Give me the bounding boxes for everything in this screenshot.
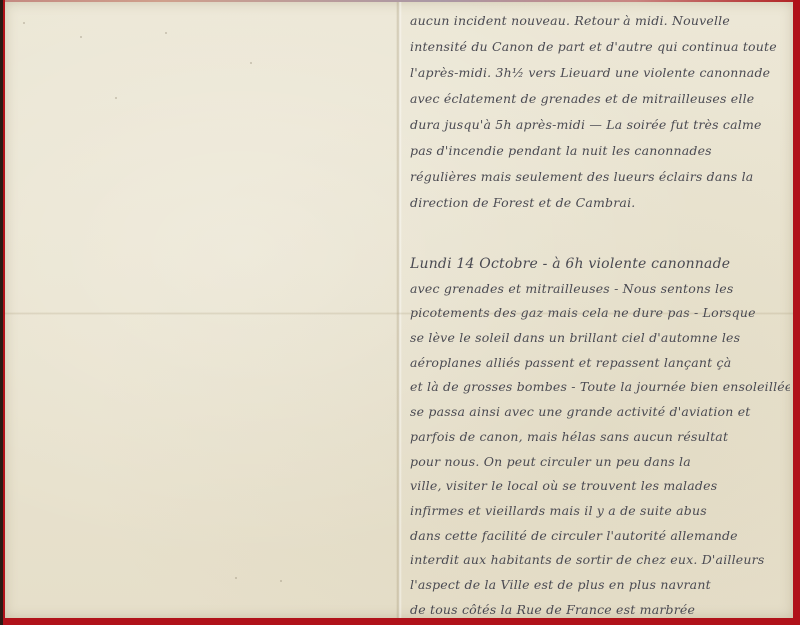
paper-speck — [115, 97, 117, 99]
paper-speck — [23, 22, 25, 24]
handwritten-line: l'aspect de la Ville est de plus en plus… — [410, 573, 790, 598]
handwritten-line: dans cette facilité de circuler l'autori… — [410, 524, 790, 549]
handwritten-line: interdit aux habitants de sortir de chez… — [410, 548, 790, 573]
handwritten-line: direction de Forest et de Cambrai. — [410, 190, 790, 216]
handwritten-line: de tous côtés la Rue de France est marbr… — [410, 598, 790, 623]
diary-entry-continuation: aucun incident nouveau. Retour à midi. N… — [410, 8, 790, 216]
paper-speck — [280, 580, 282, 582]
handwritten-line: aucun incident nouveau. Retour à midi. N… — [410, 8, 790, 34]
handwritten-line: l'après-midi. 3h½ vers Lieuard une viole… — [410, 60, 790, 86]
handwritten-line: parfois de canon, mais hélas sans aucun … — [410, 425, 790, 450]
paper-speck — [250, 62, 252, 64]
handwritten-line: infirmes et vieillards mais il y a de su… — [410, 499, 790, 524]
handwritten-line: picotements des gaz mais cela ne dure pa… — [410, 301, 790, 326]
handwritten-line: intensité du Canon de part et d'autre qu… — [410, 34, 790, 60]
handwritten-line: ville, visiter le local où se trouvent l… — [410, 474, 790, 499]
handwritten-line: aéroplanes alliés passent et repassent l… — [410, 351, 790, 376]
handwritten-line: dura jusqu'à 5h après-midi — La soirée f… — [410, 112, 790, 138]
handwritten-line: et là de grosses bombes - Toute la journ… — [410, 375, 790, 400]
paper-speck — [235, 577, 237, 579]
handwritten-line: avec grenades et mitrailleuses - Nous se… — [410, 277, 790, 302]
handwritten-line: se lève le soleil dans un brillant ciel … — [410, 326, 790, 351]
paper-speck — [165, 32, 167, 34]
handwritten-line: avec éclatement de grenades et de mitrai… — [410, 86, 790, 112]
paper-speck — [80, 36, 82, 38]
right-leaf-handwriting: aucun incident nouveau. Retour à midi. N… — [402, 2, 793, 618]
handwritten-line: pas d'incendie pendant la nuit les canon… — [410, 138, 790, 164]
handwritten-line: pour nous. On peut circuler un peu dans … — [410, 450, 790, 475]
handwritten-line: se passa ainsi avec une grande activité … — [410, 400, 790, 425]
entry-date-heading: Lundi 14 Octobre - à 6h violente canonna… — [410, 252, 790, 277]
diary-entry-lundi-14-octobre: Lundi 14 Octobre - à 6h violente canonna… — [410, 252, 790, 622]
handwritten-line: régulières mais seulement des lueurs écl… — [410, 164, 790, 190]
left-leaf-blank — [5, 2, 398, 618]
